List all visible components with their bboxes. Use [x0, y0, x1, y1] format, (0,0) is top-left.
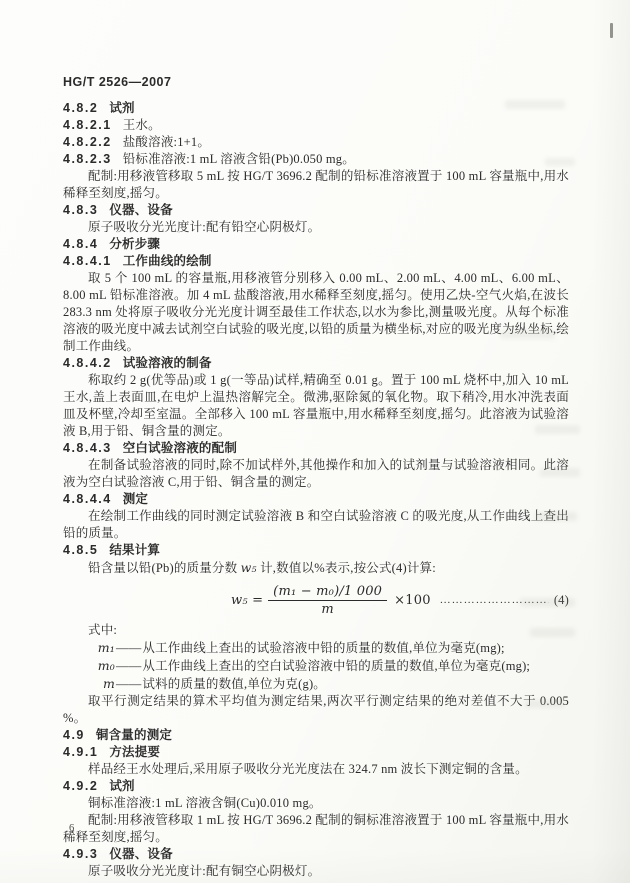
clause-4-8-4-heading: 4.8.4分析步骤: [63, 236, 569, 253]
clause-title: 仪器、设备: [109, 847, 173, 861]
para-copper-standard-solution: 铜标准溶液:1 mL 溶液含铜(Cu)0.010 mg。: [63, 795, 569, 812]
clause-4-9-1-heading: 4.9.1方法提要: [63, 744, 569, 761]
para-measurement: 在绘制工作曲线的同时测定试验溶液 B 和空白试验溶液 C 的吸光度,从工作曲线上…: [63, 508, 569, 542]
para-lead-result-intro: 铅含量以铅(Pb)的质量分数 w₅ 计,数值以%表示,按公式(4)计算:: [63, 559, 569, 577]
clause-4-8-2-1: 4.8.2.1王水。: [63, 117, 569, 134]
definition-term: m₁: [89, 639, 115, 656]
clause-number: 4.9: [63, 728, 85, 742]
clause-title: 仪器、设备: [109, 203, 173, 217]
para-copper-method-summary: 样品经王水处理后,采用原子吸收分光光度法在 324.7 nm 波长下测定铜的含量…: [63, 761, 569, 778]
definition-text: 试料的质量的数值,单位为克(g)。: [142, 677, 326, 691]
clause-text: 王水。: [123, 118, 161, 132]
para-working-curve: 取 5 个 100 mL 的容量瓶,用移液管分别移入 0.00 mL、2.00 …: [63, 270, 569, 355]
clause-number: 4.9.2: [63, 779, 98, 793]
clause-4-8-4-2-heading: 4.8.4.2试验溶液的制备: [63, 355, 569, 372]
para-parallel-results: 取平行测定结果的算术平均值为测定结果,两次平行测定结果的绝对差值不大于 0.00…: [63, 693, 569, 727]
clause-title: 铜含量的测定: [96, 728, 172, 742]
clause-number: 4.8.3: [63, 203, 98, 217]
clause-number: 4.8.2.2: [63, 135, 112, 149]
standard-code-header: HG/T 2526—2007: [63, 74, 569, 91]
clause-4-8-2-3: 4.8.2.3铅标准溶液:1 mL 溶液含铅(Pb)0.050 mg。: [63, 151, 569, 168]
clause-4-9-2-heading: 4.9.2试剂: [63, 778, 569, 795]
para-lead-standard-preparation: 配制:用移液管移取 5 mL 按 HG/T 3696.2 配制的铅标准溶液置于 …: [63, 168, 569, 202]
clause-title: 试剂: [109, 101, 134, 115]
intro-text-pre: 铅含量以铅(Pb)的质量分数: [88, 561, 241, 575]
clause-number: 4.8.2: [63, 101, 98, 115]
definition-term: m₀: [89, 657, 115, 674]
mass-fraction-symbol: w₅: [241, 560, 257, 575]
clause-number: 4.8.5: [63, 543, 98, 557]
clause-title: 空白试验溶液的配制: [123, 441, 237, 455]
formula-lhs: w₅ =: [231, 592, 263, 609]
clause-4-8-4-4-heading: 4.8.4.4测定: [63, 491, 569, 508]
formula-equation-number: (4): [554, 592, 569, 609]
clause-number: 4.9.1: [63, 745, 98, 759]
definition-m: m——试料的质量的数值,单位为克(g)。: [63, 675, 569, 693]
definition-term: m: [89, 675, 115, 692]
clause-4-9-heading: 4.9铜含量的测定: [63, 727, 569, 744]
formula-dot-leader: ……………………………………………………: [440, 592, 549, 609]
clause-title: 试验溶液的制备: [123, 356, 212, 370]
clause-4-8-2-heading: 4.8.2试剂: [63, 100, 569, 117]
para-copper-instrument: 原子吸收分光光度计:配有铜空心阴极灯。: [63, 863, 569, 880]
definition-m1: m₁——从工作曲线上查出的试验溶液中铅的质量的数值,单位为毫克(mg);: [63, 639, 569, 657]
definition-m0: m₀——从工作曲线上查出的空白试验溶液中铅的质量的数值,单位为毫克(mg);: [63, 657, 569, 675]
formula-multiplier: ×100: [394, 592, 431, 609]
document-content: HG/T 2526—2007 4.8.2试剂 4.8.2.1王水。 4.8.2.…: [63, 74, 569, 880]
para-blank-solution: 在制备试验溶液的同时,除不加试样外,其他操作和加入的试剂量与试验溶液相同。此溶液…: [63, 457, 569, 491]
definition-text: 从工作曲线上查出的试验溶液中铅的质量的数值,单位为毫克(mg);: [142, 641, 504, 655]
clause-4-8-2-2: 4.8.2.2盐酸溶液:1+1。: [63, 134, 569, 151]
definition-dash: ——: [116, 677, 141, 691]
clause-4-8-4-3-heading: 4.8.4.3空白试验溶液的配制: [63, 440, 569, 457]
page-number: 6: [69, 823, 74, 834]
para-test-solution-preparation: 称取约 2 g(优等品)或 1 g(一等品)试样,精确至 0.01 g。置于 1…: [63, 372, 569, 440]
formula-denominator: m: [321, 601, 334, 617]
clause-title: 工作曲线的绘制: [123, 254, 212, 268]
clause-number: 4.8.4.1: [63, 254, 112, 268]
where-label: 式中:: [63, 622, 569, 639]
para-lead-instrument: 原子吸收分光光度计:配有铅空心阴极灯。: [63, 219, 569, 236]
clause-text: 盐酸溶液:1+1。: [123, 135, 210, 149]
formula-numerator: (m₁ − m₀)/1 000: [268, 584, 387, 601]
clause-number: 4.8.4: [63, 237, 98, 251]
clause-number: 4.8.2.3: [63, 152, 112, 166]
clause-text: 铅标准溶液:1 mL 溶液含铅(Pb)0.050 mg。: [123, 152, 355, 166]
clause-title: 分析步骤: [109, 237, 160, 251]
definition-dash: ——: [116, 641, 141, 655]
clause-title: 测定: [123, 492, 148, 506]
clause-number: 4.8.4.3: [63, 441, 112, 455]
intro-text-post: 计,数值以%表示,按公式(4)计算:: [257, 561, 436, 575]
definition-text: 从工作曲线上查出的空白试验溶液中铅的质量的数值,单位为毫克(mg);: [142, 659, 530, 673]
clause-number: 4.9.3: [63, 847, 98, 861]
formula-fraction: (m₁ − m₀)/1 000 m: [268, 584, 387, 617]
clause-4-9-3-heading: 4.9.3仪器、设备: [63, 846, 569, 863]
definition-dash: ——: [116, 659, 141, 673]
clause-title: 方法提要: [109, 745, 160, 759]
clause-title: 结果计算: [109, 543, 160, 557]
clause-number: 4.8.2.1: [63, 118, 112, 132]
formula-math: w₅ = (m₁ − m₀)/1 000 m ×100: [231, 584, 431, 617]
clause-number: 4.8.4.2: [63, 356, 112, 370]
formula-lead-content-equation: w₅ = (m₁ − m₀)/1 000 m ×100 …………………………………: [63, 582, 569, 618]
para-copper-standard-preparation: 配制:用移液管移取 1 mL 按 HG/T 3696.2 配制的铜标准溶液置于 …: [63, 812, 569, 846]
clause-4-8-4-1-heading: 4.8.4.1工作曲线的绘制: [63, 253, 569, 270]
clause-4-8-3-heading: 4.8.3仪器、设备: [63, 202, 569, 219]
clause-number: 4.8.4.4: [63, 492, 112, 506]
clause-4-8-5-heading: 4.8.5结果计算: [63, 542, 569, 559]
scan-edge-mark: [610, 23, 613, 38]
clause-title: 试剂: [109, 779, 134, 793]
scanned-document-page: HG/T 2526—2007 4.8.2试剂 4.8.2.1王水。 4.8.2.…: [0, 0, 630, 883]
